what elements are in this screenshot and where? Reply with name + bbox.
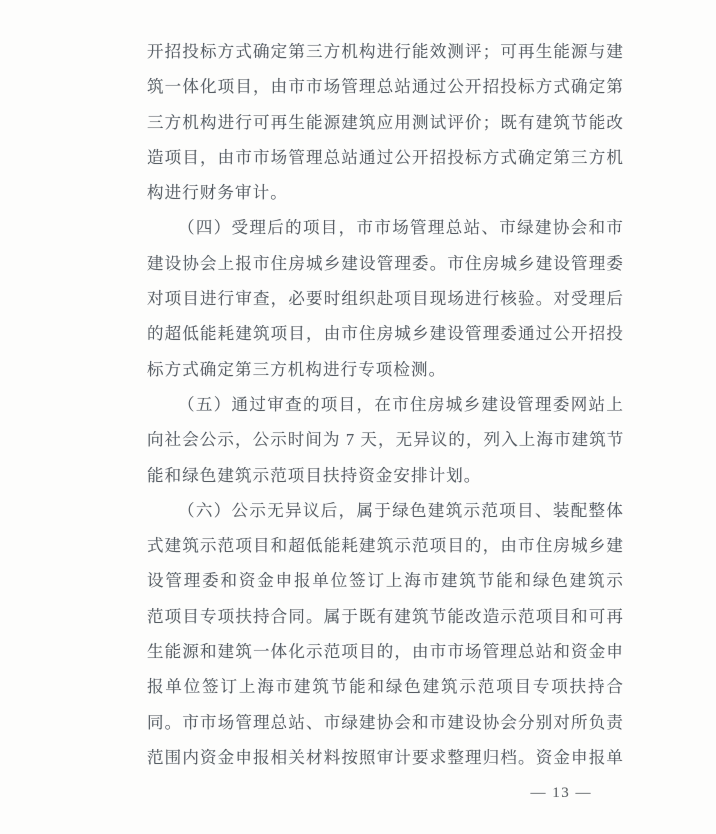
text-line: 对项目进行审查，必要时组织赴项目现场进行核验。对受理后: [147, 281, 624, 316]
document-body: 开招投标方式确定第三方机构进行能效测评；可再生能源与建 筑一体化项目，由市市场管…: [147, 34, 624, 775]
text-line-section-6: （六）公示无异议后，属于绿色建筑示范项目、装配整体: [147, 493, 624, 528]
text-line: 式建筑示范项目和超低能耗建筑示范项目的，由市住房城乡建: [147, 528, 624, 563]
text-line: 能和绿色建筑示范项目扶持资金安排计划。: [147, 458, 624, 493]
text-line: 生能源和建筑一体化示范项目的，由市市场管理总站和资金申: [147, 634, 624, 669]
text-line: 范项目专项扶持合同。属于既有建筑节能改造示范项目和可再: [147, 599, 624, 634]
text-line: 建设协会上报市住房城乡建设管理委。市住房城乡建设管理委: [147, 246, 624, 281]
text-line: 筑一体化项目，由市市场管理总站通过公开招投标方式确定第: [147, 69, 624, 104]
text-line: 造项目，由市市场管理总站通过公开招投标方式确定第三方机: [147, 140, 624, 175]
text-line: 范围内资金申报相关材料按照审计要求整理归档。资金申报单: [147, 740, 624, 775]
text-line: 设管理委和资金申报单位签订上海市建筑节能和绿色建筑示: [147, 563, 624, 598]
text-line-section-5: （五）通过审查的项目，在市住房城乡建设管理委网站上: [147, 387, 624, 422]
text-line-section-4: （四）受理后的项目，市市场管理总站、市绿建协会和市: [147, 210, 624, 245]
document-page: 开招投标方式确定第三方机构进行能效测评；可再生能源与建 筑一体化项目，由市市场管…: [0, 0, 716, 834]
text-line: 报单位签订上海市建筑节能和绿色建筑示范项目专项扶持合: [147, 669, 624, 704]
text-line: 的超低能耗建筑项目，由市住房城乡建设管理委通过公开招投: [147, 316, 624, 351]
text-line: 向社会公示，公示时间为 7 天，无异议的，列入上海市建筑节: [147, 422, 624, 457]
text-line: 同。市市场管理总站、市绿建协会和市建设协会分别对所负责: [147, 705, 624, 740]
text-line: 标方式确定第三方机构进行专项检测。: [147, 352, 624, 387]
page-number: — 13 —: [531, 783, 593, 803]
text-line: 开招投标方式确定第三方机构进行能效测评；可再生能源与建: [147, 34, 624, 69]
text-line: 三方机构进行可再生能源建筑应用测试评价；既有建筑节能改: [147, 105, 624, 140]
text-line: 构进行财务审计。: [147, 175, 624, 210]
